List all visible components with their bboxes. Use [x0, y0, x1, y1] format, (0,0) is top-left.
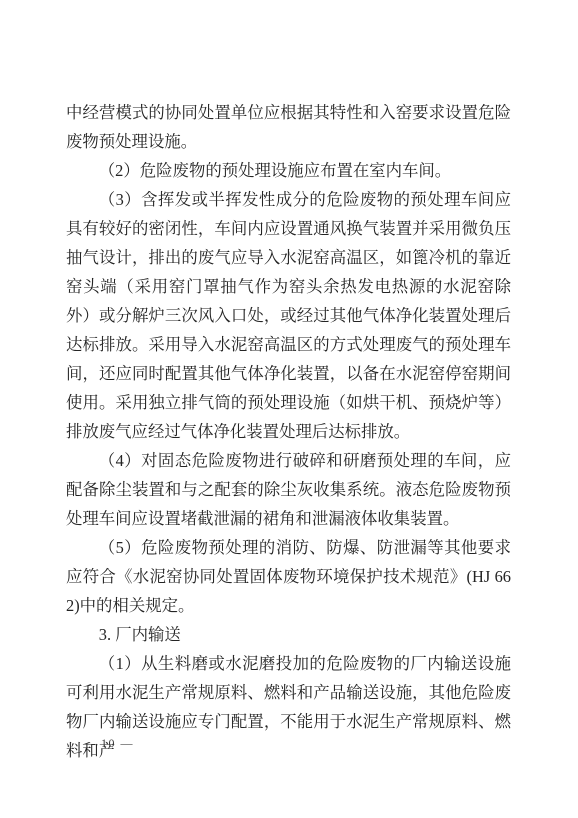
paragraph-item-5: （5）危险废物预处理的消防、防爆、防泄漏等其他要求应符合《水泥窑协同处置固体废物… — [66, 533, 511, 620]
section-heading-3: 3. 厂内输送 — [66, 620, 511, 649]
paragraph-item-2: （2）危险废物的预处理设施应布置在室内车间。 — [66, 156, 511, 185]
document-page: 中经营模式的协同处置单位应根据其特性和入窑要求设置危险废物预处理设施。 （2）危… — [0, 0, 578, 818]
paragraph-item-3: （3）含挥发或半挥发性成分的危险废物的预处理车间应具有较好的密闭性，车间内应设置… — [66, 185, 511, 446]
page-number: — 10 — — [83, 736, 134, 751]
paragraph-continuation: 中经营模式的协同处置单位应根据其特性和入窑要求设置危险废物预处理设施。 — [66, 98, 511, 156]
paragraph-item-4: （4）对固态危险废物进行破碎和研磨预处理的车间，应配备除尘装置和与之配套的除尘灰… — [66, 446, 511, 533]
page-body-text: 中经营模式的协同处置单位应根据其特性和入窑要求设置危险废物预处理设施。 （2）危… — [66, 98, 511, 765]
